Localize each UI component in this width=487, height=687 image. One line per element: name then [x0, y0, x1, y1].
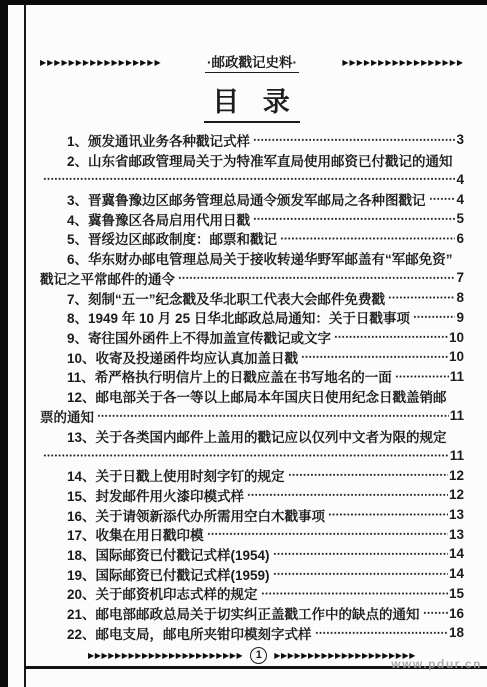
toc-page-number: 4 — [456, 192, 464, 207]
page-border-vertical-rule — [24, 4, 26, 687]
dotted-leader — [207, 524, 448, 544]
toc-entry-text: 15、封发邮件用火漆印模式样 — [67, 485, 244, 505]
dotted-leader — [43, 446, 449, 466]
toc-entry-text: 7、刻制“五一”纪念戳及华北职工代表大会邮件免费戳 — [67, 288, 385, 308]
page-title-wrap: 目 录 — [40, 80, 464, 123]
toc-entry-text: 2、山东省邮政管理局关于为特准军直局使用邮资已付戳记的通知 — [67, 150, 453, 170]
toc-entry-line: 7、刻制“五一”纪念戳及华北职工代表大会邮件免费戳8 — [40, 288, 464, 308]
toc-entry-line: 4、冀鲁豫区各局启用代用日戳5 — [40, 209, 464, 229]
toc-entry-line: 18、国际邮资已付戳记式样(1954)14 — [40, 544, 464, 564]
toc-entry-line: 20、关于邮资机印志式样的规定15 — [40, 584, 464, 604]
toc-entry-text: 6、华东财办邮电管理总局关于接收转递华野军邮盖有“军邮免资” — [67, 248, 453, 268]
toc-entry-line: 19、国际邮资已付戳记式样(1959)14 — [40, 564, 464, 584]
toc-entry-line: 16、关于请领新添代办所需用空白木戳事项13 — [40, 505, 464, 525]
toc-page-number: 11 — [450, 408, 464, 423]
dotted-leader — [429, 189, 456, 209]
dotted-leader — [273, 544, 448, 564]
arrow-band-left-icon: ▶▶▶▶▶▶▶▶▶▶▶▶▶▶▶▶▶ — [40, 58, 162, 67]
circled-page-number: 1 — [250, 647, 267, 664]
dotted-leader — [247, 485, 448, 505]
dotted-leader — [388, 288, 455, 308]
toc-page-number: 11 — [450, 369, 464, 384]
toc-entry-text: 13、关于各类国内邮件上盖用的戳记应以仅列中文者为限的规定 — [67, 426, 447, 446]
dotted-leader — [334, 327, 448, 347]
toc-entry-text: 1、颁发通讯业务各种戳记式样 — [67, 130, 250, 150]
toc-entry-text: 10、收寄及投递函件均应认真加盖日戳 — [67, 347, 298, 367]
toc-page-number: 12 — [449, 487, 464, 502]
toc-entry-line: 11、希严格执行明信片上的日戳应盖在书写地名的一面11 — [40, 367, 464, 387]
toc-entry-line: 22、邮电支局，邮电所夹钳印模刻字式样18 — [40, 623, 464, 643]
toc-entry-line: 14、关于日戳上使用时刻字钉的规定12 — [40, 465, 464, 485]
dotted-leader — [280, 229, 455, 249]
dotted-leader — [97, 406, 449, 426]
toc-entry-line: 21、邮电部邮政总局关于切实纠正盖戳工作中的缺点的通知16 — [40, 603, 464, 623]
dotted-leader — [178, 268, 455, 288]
toc-entry-line: 9、寄往国外函件上不得加盖宣传戳记或文字10 — [40, 327, 464, 347]
toc-page-number: 6 — [456, 231, 464, 246]
toc-page-number: 5 — [456, 211, 464, 226]
toc-page-number: 10 — [449, 349, 464, 364]
toc-page-number: 3 — [456, 132, 464, 147]
toc-entry-text: 9、寄往国外函件上不得加盖宣传戳记或文字 — [67, 327, 331, 347]
toc-entry-text: 5、晋绥边区邮政制度：邮票和戳记 — [67, 228, 277, 248]
toc-entry-text: 8、1949 年 10 月 25 日华北邮政总局通知：关于日戳事项 — [67, 307, 410, 327]
toc-entry-text: 12、邮电部关于各一等以上邮局本年国庆日使用纪念日戳盖销邮 — [67, 386, 447, 406]
toc-entry-text: 21、邮电部邮政总局关于切实纠正盖戳工作中的缺点的通知 — [67, 603, 420, 623]
toc-page-number: 12 — [449, 468, 464, 483]
toc-entry-line: 3、晋冀鲁豫边区邮务管理总局通令颁发军邮局之各种图戳记4 — [40, 189, 464, 209]
toc-entry-line: 13、关于各类国内邮件上盖用的戳记应以仅列中文者为限的规定 — [40, 426, 464, 446]
toc-entry-text: 18、国际邮资已付戳记式样(1954) — [67, 544, 270, 564]
toc-entry-line: 12、邮电部关于各一等以上邮局本年国庆日使用纪念日戳盖销邮 — [40, 386, 464, 406]
scan-watermark: www.pdur.cn — [391, 657, 482, 671]
arrow-band-right-icon: ▶▶▶▶▶▶▶▶▶▶▶▶▶▶▶▶▶ — [342, 58, 464, 67]
dotted-leader — [261, 584, 448, 604]
dotted-leader — [253, 209, 455, 229]
dotted-leader — [43, 169, 455, 189]
footer-arrow-band-left-icon: ▶▶▶▶▶▶▶▶▶▶▶▶▶▶▶▶▶▶▶▶▶▶▶ — [88, 651, 243, 660]
toc-entry-line: 1、颁发通讯业务各种戳记式样3 — [40, 130, 464, 150]
toc-page-number: 13 — [449, 507, 464, 522]
dotted-leader — [288, 465, 448, 485]
dotted-leader — [273, 564, 448, 584]
toc-page-number: 18 — [449, 625, 464, 640]
toc-entry-line: 6、华东财办邮电管理总局关于接收转递华野军邮盖有“军邮免资” — [40, 248, 464, 268]
toc-entry-line: 17、收集在用日戳印模13 — [40, 524, 464, 544]
toc-entry-line: 5、晋绥边区邮政制度：邮票和戳记6 — [40, 229, 464, 249]
toc-entry-text: 22、邮电支局，邮电所夹钳印模刻字式样 — [67, 623, 312, 643]
toc-entry-text: 戳记之平常邮件的通令 — [40, 268, 175, 288]
toc-page-number: 4 — [456, 172, 464, 187]
toc-entry-text: 11、希严格执行明信片上的日戳应盖在书写地名的一面 — [67, 366, 392, 386]
dotted-leader — [301, 347, 448, 367]
toc-entry-text: 16、关于请领新添代办所需用空白木戳事项 — [67, 505, 325, 525]
toc-page-number: 16 — [449, 606, 464, 621]
toc-page-number: 14 — [449, 566, 464, 581]
toc-entry-text: 4、冀鲁豫区各局启用代用日戳 — [67, 209, 250, 229]
toc-page-number: 14 — [449, 546, 464, 561]
toc-page-number: 8 — [456, 290, 464, 305]
scan-edge-left — [0, 0, 8, 687]
book-series-title: ·邮政戳记史料· — [205, 51, 299, 73]
dotted-leader — [253, 130, 455, 150]
toc-entry-line: 票的通知11 — [40, 406, 464, 426]
toc-entry-text: 19、国际邮资已付戳记式样(1959) — [67, 564, 270, 584]
toc-entry-line: 11 — [40, 446, 464, 466]
toc-entry-text: 20、关于邮资机印志式样的规定 — [67, 583, 258, 603]
toc-page-number: 9 — [456, 310, 464, 325]
page-title: 目 录 — [204, 80, 300, 123]
toc-page-number: 11 — [450, 448, 464, 463]
scanned-book-page: ▶▶▶▶▶▶▶▶▶▶▶▶▶▶▶▶▶ ·邮政戳记史料· ▶▶▶▶▶▶▶▶▶▶▶▶▶… — [0, 0, 487, 687]
toc-page-number: 13 — [449, 527, 464, 542]
toc-entry-text: 17、收集在用日戳印模 — [67, 524, 204, 544]
toc-page-number: 7 — [456, 270, 464, 285]
dotted-leader — [395, 367, 449, 387]
dotted-leader — [413, 307, 456, 327]
dotted-leader — [315, 623, 448, 643]
toc-entry-text: 票的通知 — [40, 406, 94, 426]
toc-list: 1、颁发通讯业务各种戳记式样32、山东省邮政管理局关于为特准军直局使用邮资已付戳… — [40, 130, 464, 643]
toc-entry-text: 14、关于日戳上使用时刻字钉的规定 — [67, 465, 285, 485]
dotted-leader — [423, 603, 448, 623]
toc-page-number: 15 — [449, 586, 464, 601]
toc-entry-line: 15、封发邮件用火漆印模式样12 — [40, 485, 464, 505]
toc-entry-text: 3、晋冀鲁豫边区邮务管理总局通令颁发军邮局之各种图戳记 — [67, 189, 426, 209]
scan-edge-top — [0, 0, 487, 5]
header-band: ▶▶▶▶▶▶▶▶▶▶▶▶▶▶▶▶▶ ·邮政戳记史料· ▶▶▶▶▶▶▶▶▶▶▶▶▶… — [40, 51, 464, 73]
toc-page-number: 10 — [449, 330, 464, 345]
toc-entry-line: 10、收寄及投递函件均应认真加盖日戳10 — [40, 347, 464, 367]
toc-entry-line: 8、1949 年 10 月 25 日华北邮政总局通知：关于日戳事项9 — [40, 307, 464, 327]
toc-entry-line: 2、山东省邮政管理局关于为特准军直局使用邮资已付戳记的通知 — [40, 150, 464, 170]
toc-entry-line: 戳记之平常邮件的通令7 — [40, 268, 464, 288]
dotted-leader — [328, 505, 448, 525]
toc-entry-line: 4 — [40, 169, 464, 189]
